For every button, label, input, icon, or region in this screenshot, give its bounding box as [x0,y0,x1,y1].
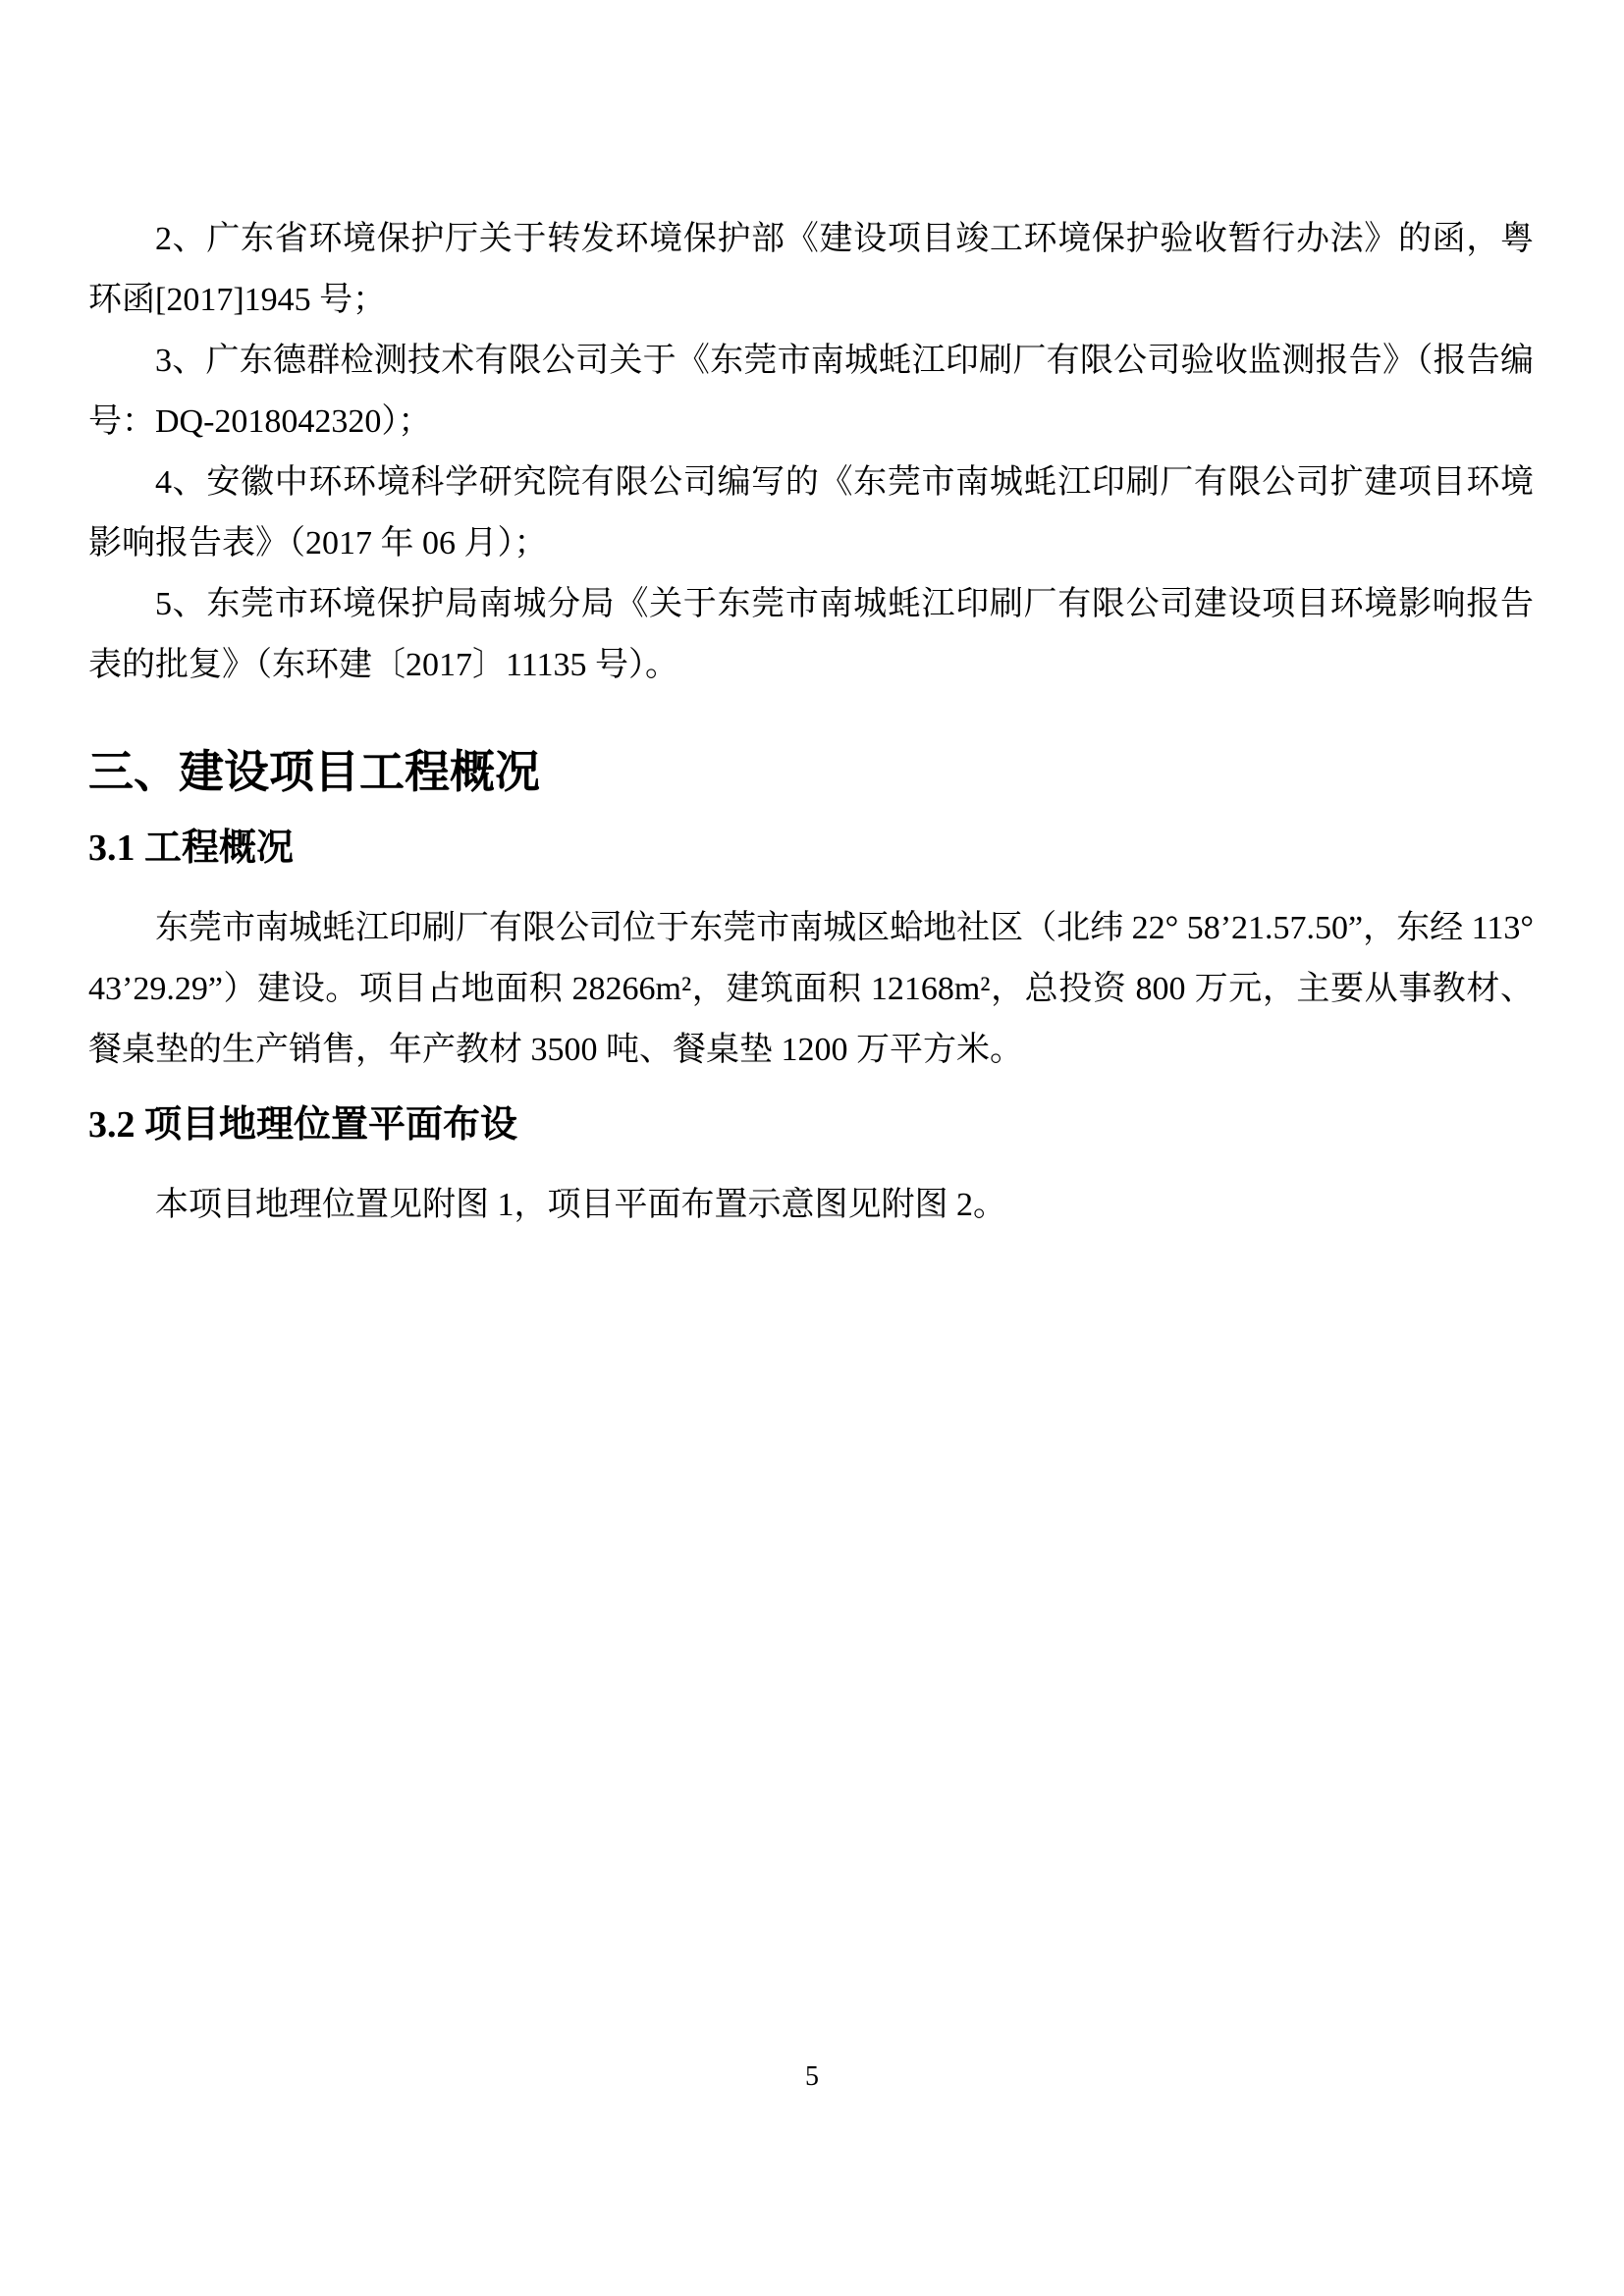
document-content: 2、广东省环境保护厅关于转发环境保护部《建设项目竣工环境保护验收暂行办法》的函，… [88,209,1534,1236]
paragraph-3-2: 本项目地理位置见附图 1，项目平面布置示意图见附图 2。 [88,1175,1534,1236]
section-heading: 三、建设项目工程概况 [88,745,1534,800]
subsection-heading-3-2: 3.2 项目地理位置平面布设 [88,1102,1534,1148]
paragraph-3-1: 东莞市南城蚝江印刷厂有限公司位于东莞市南城区蛤地社区（北纬 22° 58’21.… [88,898,1534,1081]
subsection-heading-3-1: 3.1 工程概况 [88,826,1534,871]
page-number: 5 [0,2057,1624,2097]
list-item-2: 2、广东省环境保护厅关于转发环境保护部《建设项目竣工环境保护验收暂行办法》的函，… [88,209,1534,331]
list-item-3: 3、广东德群检测技术有限公司关于《东莞市南城蚝江印刷厂有限公司验收监测报告》（报… [88,331,1534,453]
list-item-5: 5、东莞市环境保护局南城分局《关于东莞市南城蚝江印刷厂有限公司建设项目环境影响报… [88,574,1534,696]
document-page: 2、广东省环境保护厅关于转发环境保护部《建设项目竣工环境保护验收暂行办法》的函，… [0,0,1624,2296]
list-item-4: 4、安徽中环环境科学研究院有限公司编写的《东莞市南城蚝江印刷厂有限公司扩建项目环… [88,453,1534,574]
